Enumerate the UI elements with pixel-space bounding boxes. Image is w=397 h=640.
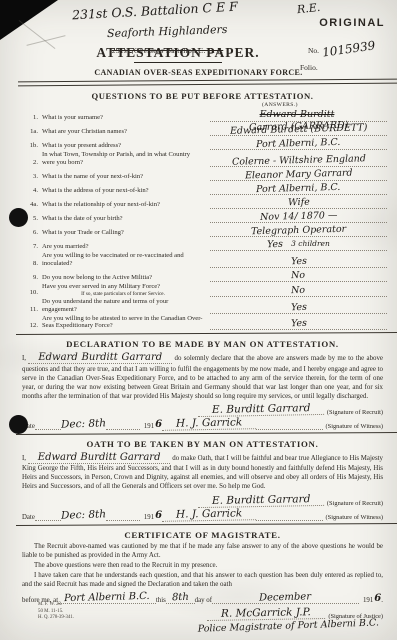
question-number: 9. — [18, 274, 42, 282]
answer-handwritten: Yes — [290, 301, 306, 313]
question-answer-line: Yes — [210, 317, 387, 330]
question-number: 4a. — [18, 201, 42, 209]
question-row: 9. Do you now belong to the Active Milit… — [18, 269, 387, 282]
justice-signature-row: R. McGarrick J.P. (Signature of Justice) — [22, 607, 383, 620]
question-row: 7. Are you married? Yes3 children — [18, 238, 387, 251]
question-label: What is your present address? — [42, 142, 204, 150]
witness-signature-handwritten: H. J. Garrick — [162, 507, 256, 522]
declaration-recruit-signature-row: E. Burditt Garrard (Signature of Recruit… — [22, 403, 383, 416]
day-handwritten: 8th — [172, 592, 189, 603]
period: . — [381, 597, 383, 604]
place-handwritten: Port Alberni B.C. — [64, 591, 150, 604]
question-row: 2. In what Town, Township or Parish, and… — [18, 151, 387, 167]
question-number: 1. — [18, 114, 42, 122]
no-value-handwritten: 1015939 — [321, 38, 376, 59]
attestation-paper-scan: 231st O.S. Battalion C E F R.E. ORIGINAL… — [0, 0, 397, 640]
question-number: 4. — [18, 187, 42, 195]
answer-handwritten: Telegraph Operator — [251, 224, 346, 238]
question-answer-line: No — [210, 269, 387, 282]
question-label: What is your Trade or Calling? — [42, 229, 204, 237]
question-number: 6. — [18, 229, 42, 237]
question-number: 7. — [18, 243, 42, 251]
handwritten-initials: R.E. — [296, 1, 321, 16]
date-handwritten: Dec: 8th — [61, 417, 106, 431]
question-row: 11. Do you understand the nature and ter… — [18, 298, 387, 314]
answer-handwritten: No — [291, 269, 305, 281]
answer-handwritten: Yes — [290, 318, 306, 330]
oath-body: I, Edward Burditt Garrard do make Oath, … — [22, 451, 383, 492]
declaration-intro: I, — [22, 355, 26, 362]
serial-number: No.1015939 — [308, 42, 376, 56]
recruit-signature-handwritten: E. Burditt Garrard — [197, 492, 324, 507]
day-blank: 8th — [166, 592, 195, 604]
question-number: 2. — [18, 159, 42, 167]
recruit-signature-handwritten: E. Burditt Garrard — [197, 402, 324, 417]
declaration-name-handwritten: Edward Burditt Garrard — [28, 352, 172, 364]
question-label: What is the relationship of your next-of… — [42, 201, 204, 209]
form-code-line: H. Q. 278-39-341. — [38, 615, 74, 622]
document-header: 231st O.S. Battalion C E F R.E. ORIGINAL… — [0, 0, 397, 88]
question-row: 6. What is your Trade or Calling? Telegr… — [18, 224, 387, 237]
question-label: Are you willing to be vaccinated or re-v… — [42, 252, 204, 268]
date-label: Date — [22, 514, 35, 521]
question-row: 8. Are you willing to be vaccinated or r… — [18, 252, 387, 268]
question-row: 12. Are you willing to be attested to se… — [18, 315, 387, 331]
question-answer-line: Yes — [210, 255, 387, 268]
certificate-before-me-row: before me, at Port Alberni B.C. this 8th… — [22, 592, 383, 604]
answer-handwritten: Yes — [290, 255, 306, 267]
question-label: Do you now belong to the Active Militia? — [42, 274, 204, 282]
month-handwritten: December — [259, 591, 311, 603]
answer-handwritten: Colerne - Wiltshire England — [231, 153, 365, 168]
certificate-para3: I have taken care that he understands ea… — [22, 571, 383, 589]
certificate-heading: CERTIFICATE OF MAGISTRATE. — [22, 530, 383, 540]
year-printed: 191 — [144, 514, 154, 521]
answer-handwritten: Port Alberni, B.C. — [256, 137, 341, 151]
question-number: 11. — [18, 306, 42, 314]
question-label: Do you understand the nature and terms o… — [42, 298, 204, 314]
recruit-signature-label: (Signature of Recruit) — [327, 409, 383, 416]
month-blank: December — [212, 592, 359, 604]
oath-section: OATH TO BE TAKEN BY MAN ON ATTESTATION. … — [0, 434, 397, 521]
handwritten-battalion: 231st O.S. Battalion C E F — [72, 0, 238, 22]
question-label: In what Town, Township or Parish, and in… — [42, 151, 204, 167]
question-number: 12. — [18, 322, 42, 330]
question-sublabel: If so, state particulars of former Servi… — [42, 291, 204, 297]
question-answer-line: Edward BurdittGarrard (GARRARD) — [210, 109, 387, 122]
declaration-date-row: Date Dec: 8th 1916 H. J. Garrick (Signat… — [22, 417, 383, 430]
answer-handwritten: Edward Burdett (BURDETT) — [230, 122, 368, 137]
question-label: Have you ever served in any Military For… — [42, 283, 204, 297]
question-answer-line: Yes3 children — [210, 238, 387, 251]
page-title: ATTESTATION PAPER. — [58, 45, 298, 63]
question-label: What is your surname? — [42, 114, 204, 122]
witness-signature-label: (Signature of Witness) — [326, 514, 383, 521]
question-row: 5. What is the date of your birth? Nov 1… — [18, 210, 387, 223]
question-number: 1b. — [18, 142, 42, 150]
year-printed: 191 — [144, 423, 154, 430]
question-answer-line: Nov 14/ 1870 — — [210, 210, 387, 223]
answer-struck-text: Edward Burditt — [260, 109, 335, 120]
question-row: 1. What is your surname? Edward BurdittG… — [18, 109, 387, 122]
question-answer-line: Port Alberni, B.C. — [210, 137, 387, 150]
question-number: 8. — [18, 260, 42, 268]
question-answer-line: Edward Burdett (BURDETT) — [210, 123, 387, 136]
dotted-line — [256, 511, 322, 521]
question-label: What is the date of your birth? — [42, 215, 204, 223]
question-row: 4a. What is the relationship of your nex… — [18, 196, 387, 209]
answer-handwritten: Yes — [267, 239, 283, 251]
question-answer-line: Colerne - Wiltshire England — [210, 154, 387, 167]
question-number: 5. — [18, 215, 42, 223]
question-row: 10. Have you ever served in any Military… — [18, 283, 387, 297]
declaration-heading: DECLARATION TO BE MADE BY MAN ON ATTESTA… — [22, 339, 383, 349]
question-row: 1b. What is your present address? Port A… — [18, 137, 387, 150]
questions-list: 1. What is your surname? Edward BurdittG… — [18, 109, 387, 330]
witness-signature-label: (Signature of Witness) — [326, 423, 383, 430]
answer-handwritten: Port Alberni, B.C. — [256, 182, 341, 196]
questions-section: QUESTIONS TO BE PUT BEFORE ATTESTATION. … — [0, 88, 397, 330]
date-handwritten: Dec: 8th — [61, 508, 106, 522]
question-number: 3. — [18, 173, 42, 181]
question-label: What are your Christian names? — [42, 128, 204, 136]
question-answer-line: Yes — [210, 301, 387, 314]
question-answer-line: Wife — [210, 196, 387, 209]
form-print-codes: M. F. W. 23. 50 M. 11-15. H. Q. 278-39-3… — [38, 602, 74, 622]
questions-heading: QUESTIONS TO BE PUT BEFORE ATTESTATION. — [18, 91, 387, 101]
oath-intro: I, — [22, 455, 26, 462]
this-label: this — [156, 597, 166, 604]
declaration-body: I, Edward Burditt Garrard do solemnly de… — [22, 351, 383, 401]
question-label: What is the name of your next-of-kin? — [42, 173, 204, 181]
no-label: No. — [308, 46, 319, 55]
year-printed: 191 — [363, 597, 373, 604]
question-row: 4. What is the address of your next-of-k… — [18, 182, 387, 195]
recruit-signature-label: (Signature of Recruit) — [327, 500, 383, 507]
question-answer-line: Port Alberni, B.C. — [210, 182, 387, 195]
answer-note: 3 children — [291, 239, 330, 248]
oath-recruit-signature-row: E. Burditt Garrard (Signature of Recruit… — [22, 494, 383, 507]
certificate-para1: The Recruit above-named was cautioned by… — [22, 542, 383, 560]
question-row: 1a. What are your Christian names? Edwar… — [18, 123, 387, 136]
form-code-line: M. F. W. 23. — [38, 602, 74, 609]
question-row: 3. What is the name of your next-of-kin?… — [18, 168, 387, 181]
question-number: 10. — [18, 289, 42, 297]
question-answer-line: Eleanor Mary Garrard — [210, 168, 387, 181]
answers-column-note: (ANSWERS.) — [262, 102, 298, 108]
certificate-para2: The above questions were then read to th… — [22, 561, 383, 570]
dotted-line — [35, 511, 61, 521]
question-label: Are you willing to be attested to serve … — [42, 315, 204, 331]
dotted-line — [106, 511, 140, 521]
oath-date-row: Date Dec: 8th 1916 H. J. Garrick (Signat… — [22, 508, 383, 521]
question-label: Are you married? — [42, 243, 204, 251]
form-code-line: 50 M. 11-15. — [38, 609, 74, 616]
year-handwritten: 6 — [374, 593, 381, 604]
answer-handwritten: Nov 14/ 1870 — — [260, 210, 338, 223]
question-number: 1a. — [18, 128, 42, 136]
witness-signature-handwritten: H. J. Garrick — [162, 416, 256, 431]
force-title: CANADIAN OVER-SEAS EXPEDITIONARY FORCE. — [0, 68, 397, 77]
handwritten-unit: Seaforth Highlanders — [107, 23, 228, 40]
justice-signature-handwritten: R. McGarrick J.P. — [207, 606, 325, 621]
magistrate-note-handwritten: Police Magistrate of Port Alberni B.C. — [174, 619, 379, 637]
dotted-line — [35, 420, 61, 430]
answer-handwritten: No — [291, 285, 305, 297]
dotted-line — [106, 420, 140, 430]
oath-name-handwritten: Edward Burditt Garrard — [28, 452, 171, 464]
question-answer-line: No — [210, 284, 387, 297]
question-label: What is the address of your next-of-kin? — [42, 187, 204, 195]
dotted-line — [256, 420, 322, 430]
header-rule — [18, 79, 397, 87]
hole-punch-bottom — [9, 415, 28, 434]
answer-handwritten: Eleanor Mary Garrard — [245, 167, 353, 181]
answer-handwritten: Wife — [287, 197, 309, 209]
original-stamp: ORIGINAL — [319, 17, 385, 29]
question-answer-line: Telegraph Operator — [210, 224, 387, 237]
oath-heading: OATH TO BE TAKEN BY MAN ON ATTESTATION. — [22, 439, 383, 449]
day-of-label: day of — [195, 597, 212, 604]
declaration-section: DECLARATION TO BE MADE BY MAN ON ATTESTA… — [0, 334, 397, 430]
